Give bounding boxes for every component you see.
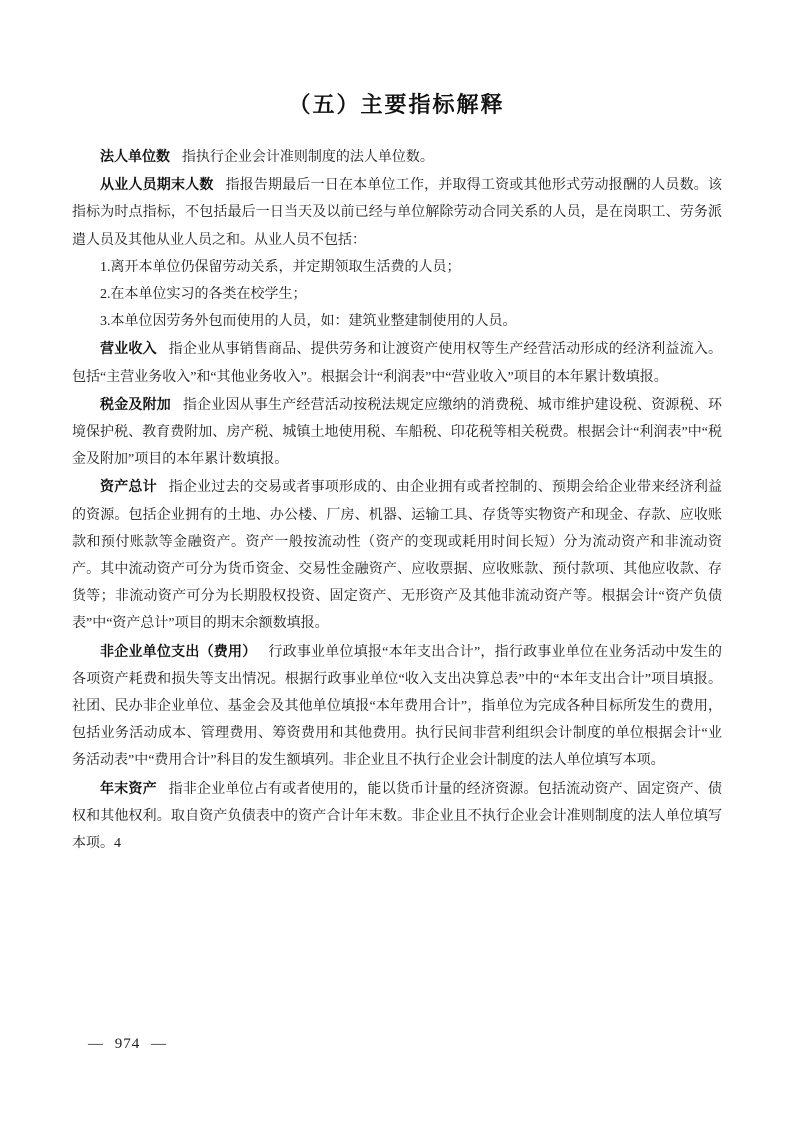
page-number: — 974 — <box>88 1036 167 1053</box>
paragraph-text: 行政事业单位填报“本年支出合计”，指行政事业单位在业务活动中发生的各项资产耗费和… <box>72 645 722 769</box>
paragraph: 非企业单位支出（费用）行政事业单位填报“本年支出合计”，指行政事业单位在业务活动… <box>72 638 722 775</box>
paragraph: 营业收入指企业从事销售商品、提供劳务和让渡资产使用权等生产经营活动形成的经济利益… <box>72 335 722 390</box>
term-label: 从业人员期末人数 <box>100 176 214 192</box>
document-page: （五）主要指标解释 法人单位数指执行企业会计准则制度的法人单位数。从业人员期末人… <box>0 0 793 1122</box>
paragraph: 1.离开本单位仍保留劳动关系，并定期领取生活费的人员； <box>72 254 722 281</box>
term-label: 税金及附加 <box>100 396 171 412</box>
paragraph: 法人单位数指执行企业会计准则制度的法人单位数。 <box>72 143 722 171</box>
page-title: （五）主要指标解释 <box>0 88 793 119</box>
term-label: 年末资产 <box>100 780 157 796</box>
paragraph: 2.在本单位实习的各类在校学生； <box>72 281 722 308</box>
paragraph-text: 指企业从事销售商品、提供劳务和让渡资产使用权等生产经营活动形成的经济利益流入。包… <box>72 342 722 384</box>
paragraph-text: 3.本单位因劳务外包而使用的人员，如：建筑业整建制使用的人员。 <box>100 314 517 329</box>
document-body: 法人单位数指执行企业会计准则制度的法人单位数。从业人员期末人数指报告期最后一日在… <box>72 143 722 857</box>
term-label: 资产总计 <box>100 478 157 494</box>
paragraph-text: 1.离开本单位仍保留劳动关系，并定期领取生活费的人员； <box>100 260 461 275</box>
paragraph-text: 2.在本单位实习的各类在校学生； <box>100 287 307 302</box>
term-label: 法人单位数 <box>100 148 170 164</box>
term-label: 营业收入 <box>100 340 157 356</box>
paragraph-text: 指执行企业会计准则制度的法人单位数。 <box>182 150 434 165</box>
paragraph: 年末资产指非企业单位占有或者使用的，能以货币计量的经济资源。包括流动资产、固定资… <box>72 775 722 858</box>
paragraph: 3.本单位因劳务外包而使用的人员，如：建筑业整建制使用的人员。 <box>72 308 722 335</box>
paragraph: 从业人员期末人数指报告期最后一日在本单位工作，并取得工资或其他形式劳动报酬的人员… <box>72 171 722 254</box>
paragraph-text: 指企业过去的交易或者事项形成的、由企业拥有或者控制的、预期会给企业带来经济利益的… <box>72 480 722 631</box>
term-label: 非企业单位支出（费用） <box>100 643 256 659</box>
paragraph-text: 指非企业单位占有或者使用的，能以货币计量的经济资源。包括流动资产、固定资产、债权… <box>72 782 722 851</box>
paragraph: 税金及附加指企业因从事生产经营活动按税法规定应缴纳的消费税、城市维护建设税、资源… <box>72 391 722 474</box>
paragraph: 资产总计指企业过去的交易或者事项形成的、由企业拥有或者控制的、预期会给企业带来经… <box>72 473 722 637</box>
